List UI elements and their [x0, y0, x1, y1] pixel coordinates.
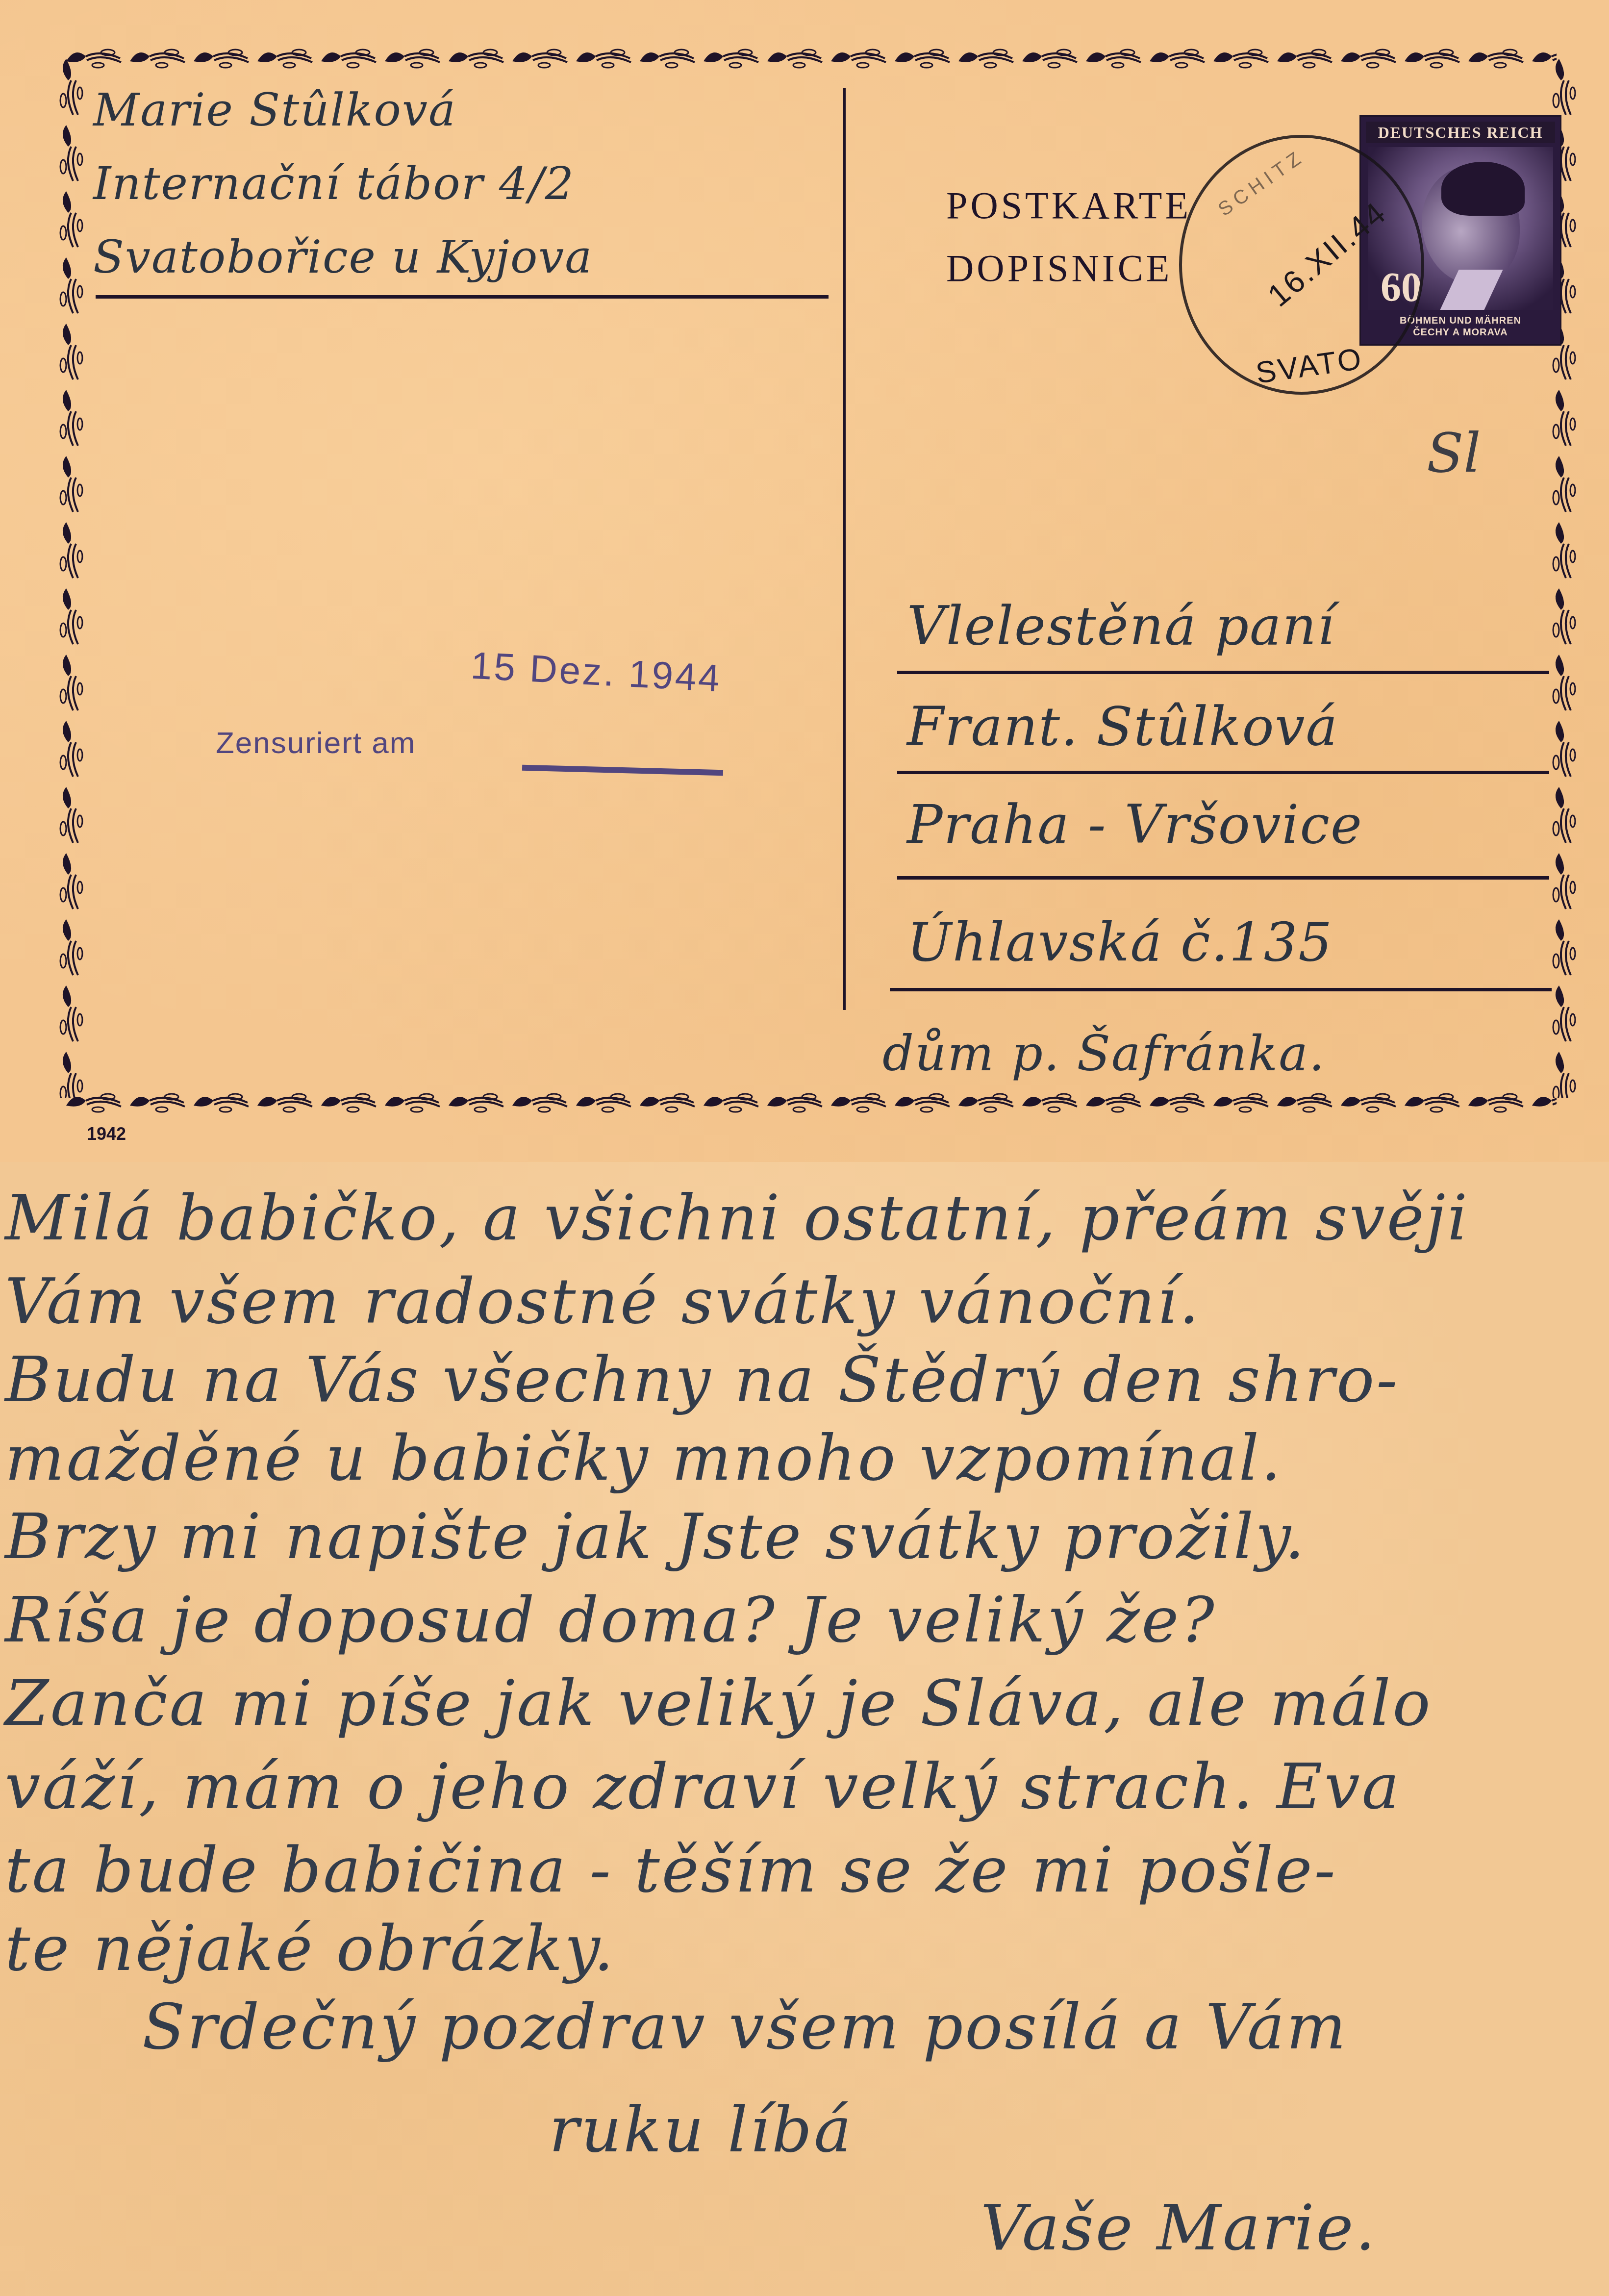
card-heading: POSTKARTE DOPISNICE [946, 174, 1191, 300]
postmark-town: SVATO [1254, 341, 1365, 391]
ornamental-border-left [56, 54, 86, 1098]
letter-line-7: Zanča mi píše jak veliký je Sláva, ale m… [5, 1667, 1433, 1740]
letter-greeting: Srdečný pozdrav všem posílá a Vám [142, 1991, 1348, 2064]
letter-line-1: Milá babičko, a všichni ostatní, přeám s… [5, 1182, 1469, 1255]
ornamental-border-bottom [61, 1086, 1557, 1115]
recipient-city: Praha - Vršovice [907, 794, 1363, 856]
letter-line-3: Budu na Vás všechny na Štědrý den shro- [5, 1343, 1400, 1416]
postmark-cancel: SCHITZ 16.XII.44 SVATO [1179, 135, 1424, 395]
recipient-name: Frant. Stûlková [907, 696, 1338, 757]
return-address: Marie Stûlková Internační tábor 4/2 Svat… [93, 74, 593, 294]
address-line-1 [897, 671, 1549, 674]
recipient-house: dům p. Šafránka. [882, 1025, 1326, 1082]
ornamental-border-top [61, 42, 1557, 71]
return-address-underline [96, 295, 829, 299]
recipient-street: Úhlavská č.135 [907, 912, 1333, 973]
return-address-town: Svatobořice u Kyjova [93, 221, 593, 294]
heading-dopisnice: DOPISNICE [946, 237, 1191, 300]
card-vertical-divider [843, 88, 846, 1010]
return-address-camp: Internační tábor 4/2 [93, 147, 593, 221]
return-address-name: Marie Stûlková [93, 74, 593, 147]
address-line-3 [897, 876, 1549, 880]
letter-line-10: te nějaké obrázky. [5, 1912, 616, 1985]
letter-line-5: Brzy mi napište jak Jste svátky prožily. [5, 1500, 1307, 1573]
letter-closing: ruku líbá [549, 2094, 853, 2167]
address-line-2 [897, 771, 1549, 774]
stamp-country: DEUTSCHES REICH [1366, 122, 1555, 143]
recipient-salutation: Vlelestěná paní [907, 596, 1335, 657]
letter-line-2: Vám všem radostné svátky vánoční. [5, 1265, 1201, 1338]
address-line-4 [890, 988, 1552, 991]
print-year: 1942 [87, 1124, 126, 1144]
letter-line-4: mažděné u babičky mnoho vzpomínal. [5, 1422, 1283, 1495]
postmark-date: 16.XII.44 [1260, 194, 1393, 314]
letter-line-6: Ríša je doposud doma? Je veliký že? [5, 1584, 1216, 1657]
letter-line-9: ta bude babičina - těším se že mi pošle- [5, 1834, 1337, 1907]
censor-label: Zensuriert am [216, 726, 416, 760]
pencil-annotation: Sl [1427, 422, 1481, 484]
letter-line-8: váží, mám o jeho zdraví velký strach. Ev… [5, 1750, 1401, 1823]
heading-postkarte: POSTKARTE [946, 174, 1191, 237]
letter-signature: Vaše Marie. [980, 2192, 1377, 2265]
